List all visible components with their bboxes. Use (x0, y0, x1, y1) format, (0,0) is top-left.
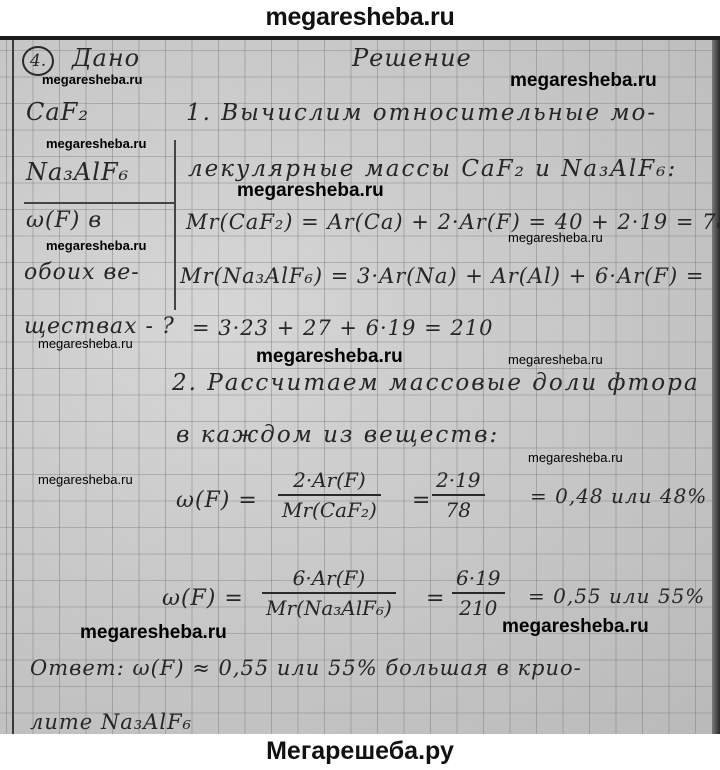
wf1-lhs: ω(F) = (176, 488, 258, 513)
margin-line (12, 40, 14, 734)
fraction-bar (262, 592, 396, 594)
watermark: megaresheba.ru (528, 450, 623, 465)
wf1-result: = 0,48 или 48% (530, 484, 707, 508)
given-divider-horizontal (24, 202, 176, 204)
watermark: megaresheba.ru (38, 336, 133, 351)
wf1-numerator-numeric: 2·19 (432, 468, 485, 492)
notebook-page: 4. Дано Решение CaF₂ Na₃AlF₆ ω(F) в обои… (0, 36, 720, 734)
wf2-denominator: Mr(Na₃AlF₆) (262, 596, 396, 620)
given-divider-vertical (174, 140, 176, 310)
given-item-na3alf6: Na₃AlF₆ (26, 158, 129, 186)
step2-line2: в каждом из веществ: (176, 422, 499, 448)
wf2-lhs: ω(F) = (162, 586, 244, 611)
wf2-fraction-numeric: 6·19 210 (452, 566, 505, 620)
wf2-equals: = (426, 586, 445, 611)
solution-heading: Решение (352, 44, 472, 72)
watermark: megaresheba.ru (502, 616, 649, 638)
watermark: megaresheba.ru (46, 238, 146, 253)
wf1-numerator: 2·Ar(F) (289, 468, 370, 492)
wf1-fraction-symbolic: 2·Ar(F) Mr(CaF₂) (278, 468, 381, 522)
step1-line2: лекулярные массы CaF₂ и Na₃AlF₆: (188, 156, 677, 182)
given-heading: Дано (72, 44, 140, 72)
answer-line1: Ответ: ω(F) ≈ 0,55 или 55% большая в кри… (30, 656, 582, 680)
watermark: megaresheba.ru (256, 346, 403, 368)
site-header-title: megaresheba.ru (0, 0, 720, 36)
find-line-1: ω(F) в (26, 208, 102, 233)
mr-na3alf6-value: = 3·23 + 27 + 6·19 = 210 (192, 316, 493, 340)
step2-line1: 2. Рассчитаем массовые доли фтора (172, 370, 700, 396)
watermark: megaresheba.ru (508, 352, 603, 367)
fraction-bar (432, 494, 485, 496)
wf2-numerator-numeric: 6·19 (452, 566, 505, 590)
watermark: megaresheba.ru (46, 136, 146, 151)
wf1-fraction-numeric: 2·19 78 (432, 468, 485, 522)
site-footer-title: Мегарешеба.ру (0, 734, 720, 770)
wf1-denominator: Mr(CaF₂) (278, 498, 381, 522)
watermark: megaresheba.ru (508, 230, 603, 245)
step1-line1: 1. Вычислим относительные мо- (186, 100, 657, 126)
mr-na3alf6-formula: Mr(Na₃AlF₆) = 3·Ar(Na) + Ar(Al) + 6·Ar(F… (180, 264, 704, 288)
fraction-bar (452, 592, 505, 594)
fraction-bar (278, 494, 381, 496)
wf2-result: = 0,55 или 55% (528, 584, 705, 608)
watermark: megaresheba.ru (510, 70, 657, 92)
watermark: megaresheba.ru (42, 72, 142, 87)
wf2-numerator: 6·Ar(F) (289, 566, 370, 590)
answer-line2: лите Na₃AlF₆ (30, 710, 192, 734)
find-line-2: обоих ве- (24, 260, 140, 285)
wf1-denominator-numeric: 78 (442, 498, 475, 522)
given-item-caf2: CaF₂ (26, 98, 89, 126)
page-edge (712, 40, 720, 734)
mr-caf2-formula: Mr(CaF₂) = Ar(Ca) + 2·Ar(F) = 40 + 2·19 … (186, 210, 720, 234)
watermark: megaresheba.ru (237, 180, 384, 202)
wf2-denominator-numeric: 210 (455, 596, 501, 620)
watermark: megaresheba.ru (38, 472, 133, 487)
watermark: megaresheba.ru (80, 622, 227, 644)
wf2-fraction-symbolic: 6·Ar(F) Mr(Na₃AlF₆) (262, 566, 396, 620)
wf1-equals: = (412, 488, 431, 513)
